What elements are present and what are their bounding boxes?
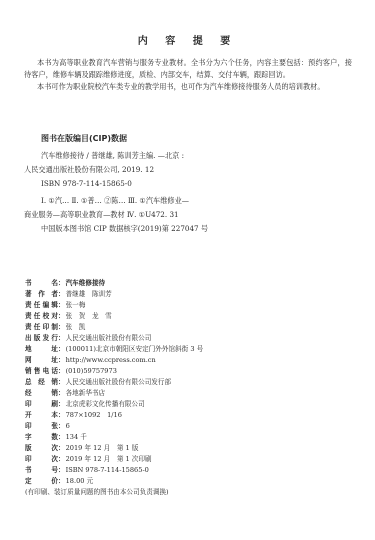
colophon-value: 张 凯	[65, 322, 86, 333]
cip-record: 汽车维修接待 / 普继雄, 陈训芳主编. —北京 : 人民交通出版社股份有限公司…	[24, 149, 184, 191]
cip-header: 图书在版编目(CIP)数据	[41, 133, 127, 144]
colophon-value: 6	[65, 421, 70, 432]
colophon-label: 责任印制	[25, 322, 58, 333]
colophon-value: 汽车维修接待	[65, 278, 106, 289]
colophon-separator: ：	[58, 278, 65, 289]
colophon-value: http://www.ccpress.com.cn	[65, 355, 156, 366]
colophon-row: 总 经 销：人民交通出版社股份有限公司发行部	[25, 377, 203, 388]
colophon-label: 印 张	[25, 421, 58, 432]
colophon-row: 书 名：汽车维修接待	[25, 278, 203, 289]
colophon-row: 字 数：134 千	[25, 432, 203, 443]
colophon-label: 网 址	[25, 355, 58, 366]
cip-line-title: 汽车维修接待 / 普继雄, 陈训芳主编. —北京 :	[24, 149, 184, 163]
colophon-value: 人民交通出版社股份有限公司	[65, 333, 152, 344]
colophon-label: 开 本	[25, 410, 58, 421]
colophon-separator: ：	[58, 476, 65, 487]
colophon-label: 销售电话	[25, 366, 58, 377]
colophon-row: 责任印制：张 凯	[25, 322, 203, 333]
colophon-separator: ：	[58, 322, 65, 333]
colophon-row: 网 址：http://www.ccpress.com.cn	[25, 355, 203, 366]
cip-class-line-1: Ⅰ. ①汽… Ⅱ. ①普… ②陈… Ⅲ. ①汽车维修业—	[24, 194, 208, 208]
colophon-row: 定 价：18.00 元	[25, 476, 203, 487]
colophon-separator: ：	[58, 333, 65, 344]
colophon-row: 开 本：787×1092 1/16	[25, 410, 203, 421]
colophon-row: 责任校对：张 贺 龙 雪	[25, 311, 203, 322]
colophon-value: 张一梅	[65, 300, 86, 311]
colophon-separator: ：	[58, 377, 65, 388]
colophon-value: 134 千	[65, 432, 87, 443]
colophon-label: 版 次	[25, 443, 58, 454]
colophon-value: 787×1092 1/16	[65, 410, 122, 421]
colophon-row: 书 号：ISBN 978-7-114-15865-0	[25, 465, 203, 476]
colophon-label: 出版发行	[25, 333, 58, 344]
colophon-note: (有印刷、装订质量问题的图书由本公司负责调换)	[25, 487, 203, 498]
colophon-value: 2019 年 12 月 第 1 次印刷	[65, 454, 152, 465]
cip-approval: 中国版本图书馆 CIP 数据核字(2019)第 227047 号	[24, 222, 208, 236]
colophon-value: 张 贺 龙 雪	[65, 311, 112, 322]
colophon-separator: ：	[58, 366, 65, 377]
colophon-separator: ：	[58, 454, 65, 465]
colophon-value: (100011)北京市朝阳区安定门外外馆斜街 3 号	[65, 344, 204, 355]
cip-line-isbn: ISBN 978-7-114-15865-0	[24, 177, 184, 191]
colophon-label: 印 次	[25, 454, 58, 465]
colophon-row: 版 次：2019 年 12 月 第 1 版	[25, 443, 203, 454]
colophon-label: 定 价	[25, 476, 58, 487]
cip-classification: Ⅰ. ①汽… Ⅱ. ①普… ②陈… Ⅲ. ①汽车维修业— 商业服务—高等职业教育…	[24, 194, 208, 236]
colophon-separator: ：	[58, 289, 65, 300]
colophon-label: 书 号	[25, 465, 58, 476]
summary-paragraph-1-text: 本书为高等职业教育汽车营销与服务专业教材。全书分为六个任务，内容主要包括：预约客…	[24, 58, 352, 79]
colophon-label: 印 刷	[25, 399, 58, 410]
colophon-value: (010)59757973	[65, 366, 117, 377]
colophon-label: 责任编辑	[25, 300, 58, 311]
colophon-value: 18.00 元	[65, 476, 94, 487]
colophon-label: 字 数	[25, 432, 58, 443]
colophon-separator: ：	[58, 410, 65, 421]
colophon-separator: ：	[58, 355, 65, 366]
colophon-row: 责任编辑：张一梅	[25, 300, 203, 311]
colophon-label: 地 址	[25, 344, 58, 355]
colophon-row: 印 次：2019 年 12 月 第 1 次印刷	[25, 454, 203, 465]
colophon-value: 普继雄 陈训芳	[65, 289, 112, 300]
colophon-row: 出版发行：人民交通出版社股份有限公司	[25, 333, 203, 344]
colophon-row: 经 销：各地新华书店	[25, 388, 203, 399]
colophon: 书 名：汽车维修接待著 作 者：普继雄 陈训芳责任编辑：张一梅责任校对：张 贺 …	[25, 278, 203, 498]
colophon-separator: ：	[58, 421, 65, 432]
colophon-value: 各地新华书店	[65, 388, 106, 399]
colophon-label: 书 名	[25, 278, 58, 289]
colophon-row: 印 刷：北京虎彩文化传播有限公司	[25, 399, 203, 410]
colophon-separator: ：	[58, 311, 65, 322]
colophon-separator: ：	[58, 344, 65, 355]
colophon-value: 北京虎彩文化传播有限公司	[65, 399, 145, 410]
summary-paragraph-2-text: 本书可作为职业院校汽车类专业的教学用书，也可作为汽车维修接待服务人员的培训教材。	[37, 82, 325, 91]
colophon-separator: ：	[58, 388, 65, 399]
colophon-value: 人民交通出版社股份有限公司发行部	[65, 377, 172, 388]
summary-title: 内 容 提 要	[0, 32, 375, 47]
summary-paragraph-1: 本书为高等职业教育汽车营销与服务专业教材。全书分为六个任务，内容主要包括：预约客…	[24, 57, 352, 81]
colophon-label: 著 作 者	[25, 289, 58, 300]
colophon-separator: ：	[58, 399, 65, 410]
colophon-row: 著 作 者：普继雄 陈训芳	[25, 289, 203, 300]
colophon-label: 责任校对	[25, 311, 58, 322]
colophon-separator: ：	[58, 443, 65, 454]
colophon-separator: ：	[58, 465, 65, 476]
colophon-row: 地 址：(100011)北京市朝阳区安定门外外馆斜街 3 号	[25, 344, 203, 355]
colophon-value: 2019 年 12 月 第 1 版	[65, 443, 139, 454]
colophon-separator: ：	[58, 300, 65, 311]
summary-paragraph-2: 本书可作为职业院校汽车类专业的教学用书，也可作为汽车维修接待服务人员的培训教材。	[24, 81, 352, 93]
colophon-row: 印 张：6	[25, 421, 203, 432]
cip-class-line-2: 商业服务—高等职业教育—教材 Ⅳ. ①U472. 31	[24, 208, 208, 222]
colophon-label: 总 经 销	[25, 377, 58, 388]
colophon-value: ISBN 978-7-114-15865-0	[65, 465, 149, 476]
colophon-label: 经 销	[25, 388, 58, 399]
colophon-row: 销售电话：(010)59757973	[25, 366, 203, 377]
colophon-separator: ：	[58, 432, 65, 443]
cip-line-publisher: 人民交通出版社股份有限公司, 2019. 12	[24, 163, 184, 177]
